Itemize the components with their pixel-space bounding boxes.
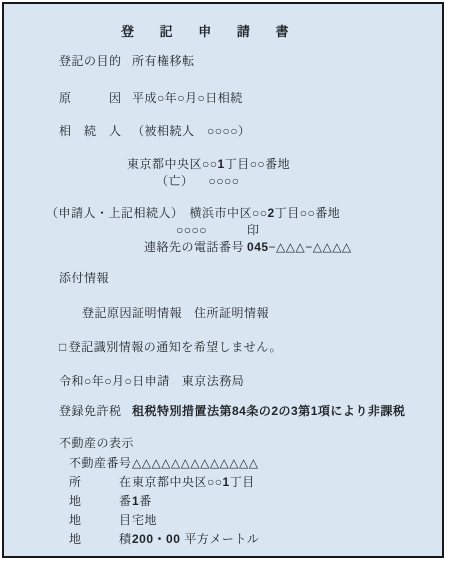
property-location-pre: 東京都中央区○○: [132, 475, 223, 489]
property-lot-post: 番: [139, 494, 152, 508]
identification-row: □登記識別情報の通知を希望しません。: [59, 340, 442, 355]
property-area-value: 200・00: [132, 532, 180, 546]
tax-label: 登録免許税: [59, 404, 132, 419]
heir-label: 相 続 人: [59, 124, 132, 139]
phone-area-code: 045: [247, 240, 269, 254]
cause-label: 原 因: [59, 91, 132, 106]
cause-value: 平成○年○月○日相続: [132, 91, 243, 105]
tax-value: 租税特別措置法第84条の2の3第1項により非課税: [132, 404, 405, 418]
application-office: 東京法務局: [182, 374, 245, 388]
property-category-value: 宅地: [132, 513, 157, 527]
property-location-label: 所 在: [69, 473, 132, 492]
screenshot-canvas: 登 記 申 請 書 登記の目的所有権移転 原 因平成○年○月○日相続 相 続 人…: [0, 0, 450, 564]
property-number-value: △△△△△△△△△△△△△: [132, 456, 258, 470]
applicant-address-pre: 横浜市中区○○: [190, 206, 268, 220]
property-number-row: 不動産番号△△△△△△△△△△△△△: [69, 454, 442, 473]
cause-row: 原 因平成○年○月○日相続: [59, 91, 442, 106]
applicant-row: （申請人・上記相続人）横浜市中区○○2丁目○○番地: [46, 206, 442, 221]
purpose-label: 登記の目的: [59, 54, 132, 69]
applicant-label: （申請人・上記相続人）: [46, 206, 184, 220]
property-category-label: 地 目: [69, 511, 132, 530]
property-lot-row: 地 番1番: [69, 492, 442, 511]
application-date: 令和○年○月○日申請: [59, 374, 170, 388]
seal-mark: 印: [247, 223, 260, 237]
tax-row: 登録免許税租税特別措置法第84条の2の3第1項により非課税: [59, 404, 442, 419]
heir-value: （被相続人 ○○○○）: [132, 124, 251, 138]
attachments-items-row: 登記原因証明情報住所証明情報: [82, 306, 442, 321]
applicant-address-post: 丁目○○番地: [275, 206, 341, 220]
attachment-item: 登記原因証明情報: [82, 306, 182, 320]
property-header: 不動産の表示: [59, 436, 442, 451]
property-lot-label: 地 番: [69, 492, 132, 511]
deceased-address-number: 1: [218, 157, 225, 171]
phone-rest: −△△△−△△△△: [269, 240, 352, 254]
purpose-value: 所有権移転: [132, 54, 195, 68]
attachments-header: 添付情報: [59, 271, 442, 286]
phone-label: 連絡先の電話番号: [144, 240, 244, 254]
phone-row: 連絡先の電話番号045−△△△−△△△△: [144, 240, 442, 255]
document-title: 登 記 申 請 書: [121, 24, 442, 39]
property-location-post: 丁目: [230, 475, 255, 489]
checkbox-icon: □: [59, 340, 67, 354]
property-category-row: 地 目宅地: [69, 511, 442, 530]
property-area-unit: 平方メートル: [184, 532, 259, 546]
property-number-label: 不動産番号: [69, 454, 132, 473]
attachment-item: 住所証明情報: [194, 306, 269, 320]
identification-text: 登記識別情報の通知を希望しません。: [69, 340, 282, 354]
property-area-row: 地 積200・00平方メートル: [69, 530, 442, 549]
property-location-row: 所 在東京都中央区○○1丁目: [69, 473, 442, 492]
purpose-row: 登記の目的所有権移転: [59, 54, 442, 69]
deceased-name: ○○○○: [209, 174, 240, 188]
applicant-address-number: 2: [268, 206, 275, 220]
property-area-label: 地 積: [69, 530, 132, 549]
deceased-name-row: （亡）○○○○: [156, 174, 442, 189]
deceased-address-pre: 東京都中央区○○: [127, 157, 218, 171]
deceased-prefix: （亡）: [156, 174, 194, 188]
applicant-name-row: ○○○○印: [176, 223, 442, 238]
registration-application-document: 登 記 申 請 書 登記の目的所有権移転 原 因平成○年○月○日相続 相 続 人…: [2, 2, 444, 558]
deceased-address-post: 丁目○○番地: [225, 157, 291, 171]
application-row: 令和○年○月○日申請東京法務局: [59, 374, 442, 389]
deceased-address-row: 東京都中央区○○1丁目○○番地: [127, 157, 442, 172]
heir-row: 相 続 人（被相続人 ○○○○）: [59, 124, 442, 139]
property-location-number: 1: [223, 475, 230, 489]
applicant-name: ○○○○: [176, 223, 207, 237]
